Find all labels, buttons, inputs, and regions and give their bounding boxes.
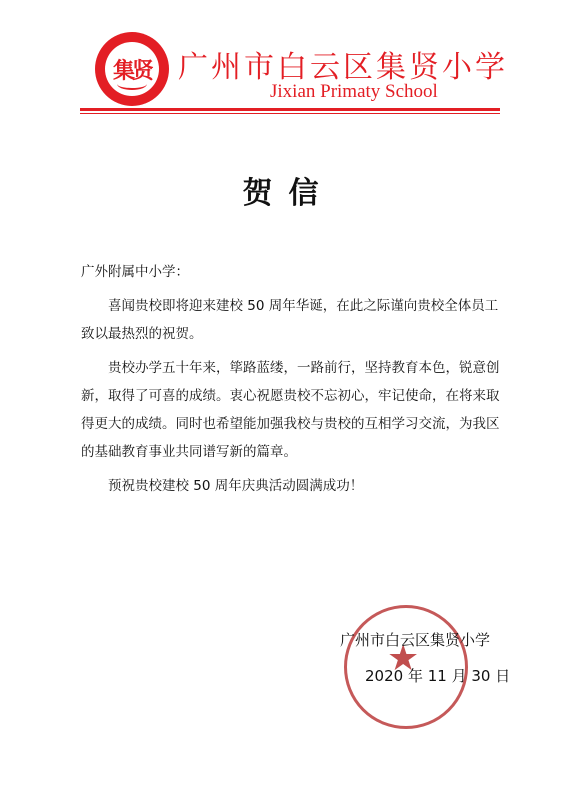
school-logo-icon: 集贤: [95, 32, 169, 106]
letterhead: 集贤 广州市白云区集贤小学 Jixian Primaty School: [95, 30, 515, 110]
paragraph-2: 贵校办学五十年来，筚路蓝缕，一路前行，坚持教育本色，锐意创新，取得了可喜的成绩。…: [81, 354, 501, 466]
letter-page: 集贤 广州市白云区集贤小学 Jixian Primaty School 贺信 广…: [0, 0, 577, 807]
school-name-cn: 广州市白云区集贤小学: [178, 42, 508, 86]
signature: 广州市白云区集贤小学: [340, 629, 490, 650]
salutation: 广外附属中小学：: [81, 258, 501, 286]
date: 2020 年 11 月 30 日: [365, 665, 510, 686]
paragraph-3: 预祝贵校建校 50 周年庆典活动圆满成功！: [81, 472, 501, 500]
letter-body: 广外附属中小学： 喜闻贵校即将迎来建校 50 周年华诞，在此之际谨向贵校全体员工…: [81, 258, 501, 506]
header-divider-thin: [80, 113, 500, 114]
school-name-en: Jixian Primaty School: [270, 81, 438, 103]
paragraph-1: 喜闻贵校即将迎来建校 50 周年华诞，在此之际谨向贵校全体员工致以最热烈的祝贺。: [81, 292, 501, 348]
header-divider: [80, 108, 500, 111]
document-title: 贺信: [0, 168, 577, 212]
